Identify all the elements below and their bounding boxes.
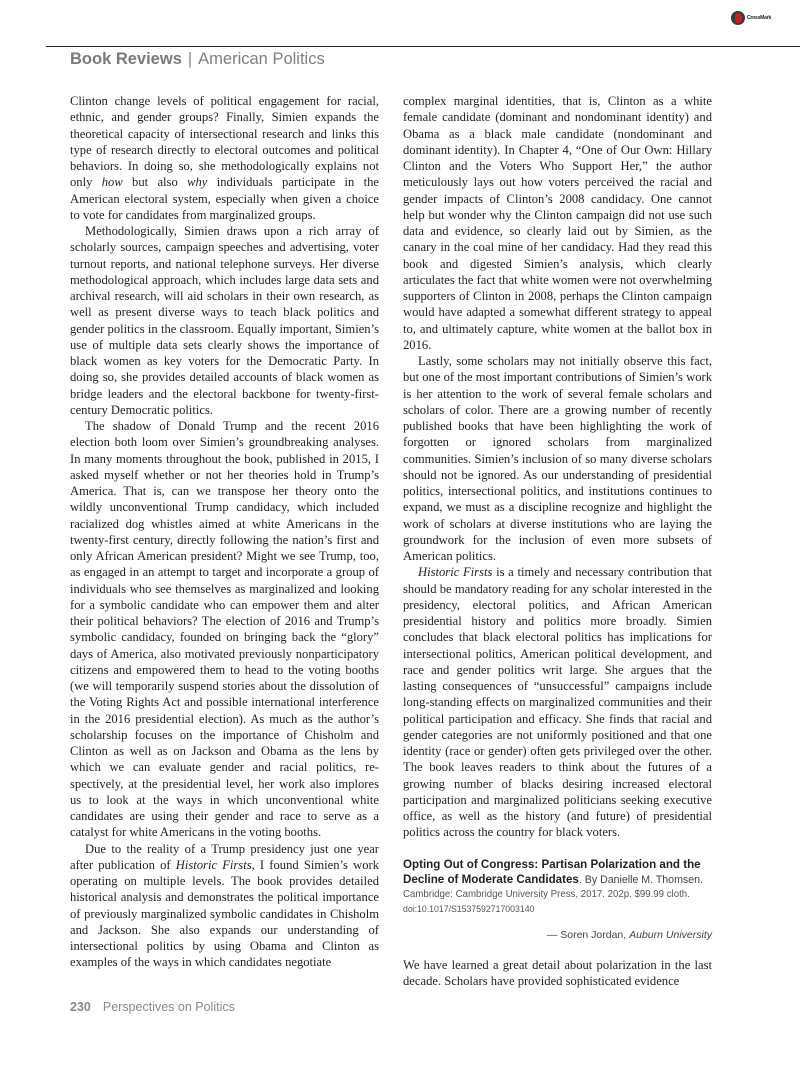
section-title: Book Reviews (70, 50, 182, 68)
reviewer-credit: — Soren Jordan, Auburn University (403, 927, 712, 943)
paragraph: Historic Firsts is a timely and necessar… (403, 564, 712, 840)
paragraph: Lastly, some scholars may not initially … (403, 353, 712, 564)
reviewer-name: Soren Jordan, (560, 929, 629, 941)
reviewer-affiliation: Auburn University (629, 929, 712, 941)
left-column: Clinton change levels of political engag… (70, 93, 379, 971)
crossmark-icon (731, 11, 745, 25)
paragraph: Clinton change levels of political engag… (70, 93, 379, 223)
paragraph: Methodologically, Simien draws upon a ri… (70, 223, 379, 418)
running-header: Book Reviews|American Politics (70, 50, 325, 69)
book-title: Opting Out of Congress: Partisan Polariz… (403, 857, 712, 888)
journal-name: Perspectives on Politics (103, 1000, 235, 1014)
header-separator: | (188, 50, 192, 68)
page-footer: 230Perspectives on Politics (70, 1000, 235, 1014)
book-author: . By Danielle M. Thomsen. (579, 874, 703, 886)
header-rule (46, 46, 800, 47)
page-number: 230 (70, 1000, 91, 1014)
crossmark-label: CrossMark (747, 15, 771, 21)
subsection-title: American Politics (198, 50, 325, 68)
right-column: complex marginal identities, that is, Cl… (403, 93, 712, 989)
paragraph: complex marginal identities, that is, Cl… (403, 93, 712, 353)
doi-link[interactable]: doi:10.1017/S1537592717003140 (403, 902, 690, 915)
paragraph: The shadow of Donald Trump and the recen… (70, 418, 379, 841)
book-publisher: Cambridge: Cambridge University Press, 2… (403, 888, 690, 902)
paragraph: Due to the reality of a Trump presidency… (70, 841, 379, 971)
crossmark-badge[interactable]: CrossMark (731, 11, 771, 25)
paragraph: We have learned a great detail about pol… (403, 957, 712, 990)
book-citation: Opting Out of Congress: Partisan Polariz… (403, 857, 712, 915)
